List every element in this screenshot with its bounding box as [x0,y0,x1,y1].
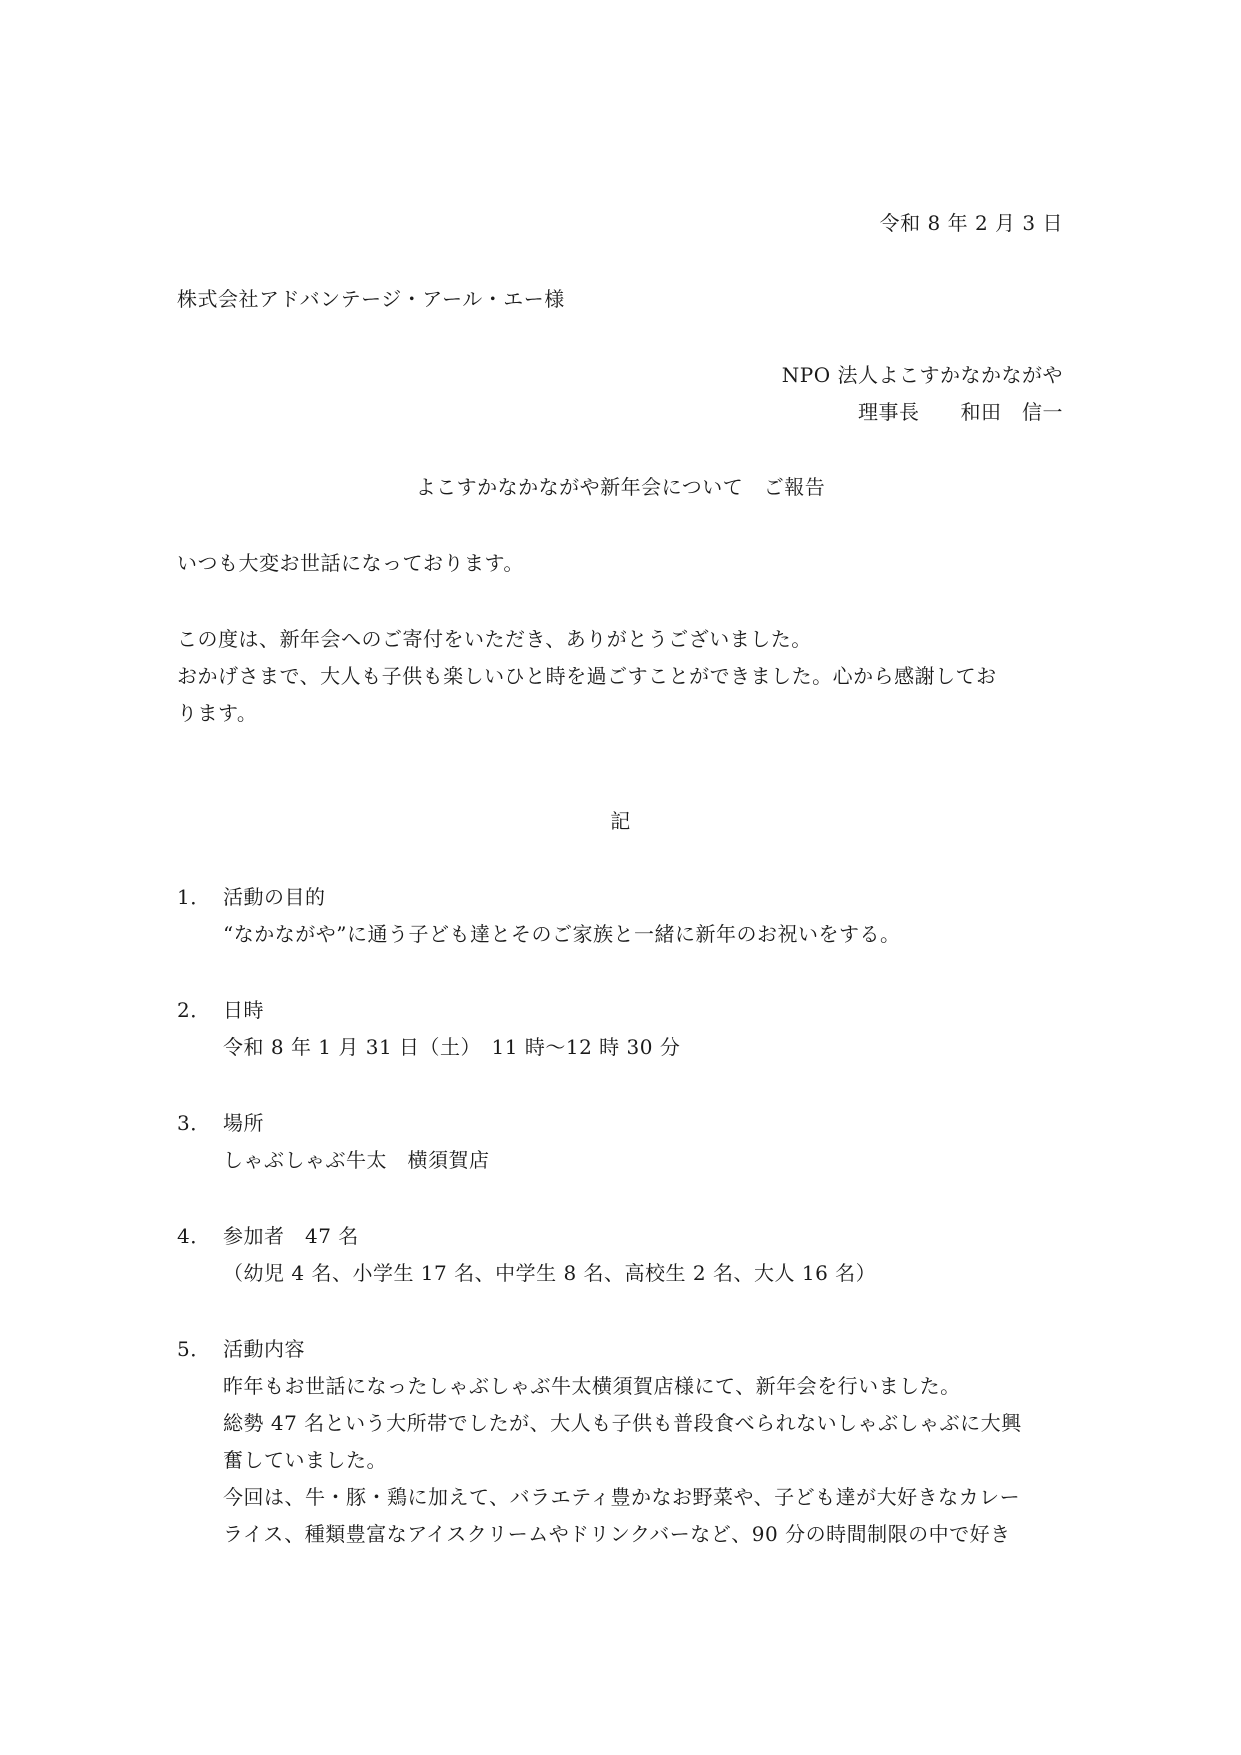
section-line: （幼児 4 名、小学生 17 名、中学生 8 名、高校生 2 名、大人 16 名… [223,1260,876,1286]
section-line: 奮していました。 [223,1447,387,1473]
section-heading-text: 活動内容 [223,1337,305,1361]
section-heading-text: 活動の目的 [223,885,326,909]
section-line: ライス、種類豊富なアイスクリームやドリンクバーなど、90 分の時間制限の中で好き [223,1521,1011,1547]
section-line: しゃぶしゃぶ牛太 横須賀店 [223,1147,490,1173]
body-line: この度は、新年会へのご寄付をいただき、ありがとうございました。 [177,626,812,652]
document-date: 令和 8 年 2 月 3 日 [880,210,1063,236]
body-line: おかげさまで、大人も子供も楽しいひと時を過ごすことができました。心から感謝してお [177,663,997,689]
section-number: 2． [177,997,223,1023]
section-line: 令和 8 年 1 月 31 日（土） 11 時～12 時 30 分 [223,1034,680,1060]
section-line: 今回は、牛・豚・鶏に加えて、バラエティ豊かなお野菜や、子ども達が大好きなカレー [223,1484,1020,1510]
section-heading-text: 日時 [223,998,264,1022]
section-heading-datetime: 2．日時 [177,997,264,1023]
sender-name: 理事長 和田 信一 [858,399,1063,425]
section-heading-purpose: 1．活動の目的 [177,884,326,910]
section-heading-text: 場所 [223,1111,264,1135]
ki-marker: 記 [0,808,1241,834]
section-number: 4． [177,1223,223,1249]
greeting: いつも大変お世話になっております。 [177,550,524,576]
section-heading-text: 参加者 47 名 [223,1224,359,1248]
document-title: よこすかなかながや新年会について ご報告 [0,474,1241,500]
section-number: 3． [177,1110,223,1136]
section-line: 総勢 47 名という大所帯でしたが、大人も子供も普段食べられないしゃぶしゃぶに大… [223,1410,1022,1436]
section-number: 5． [177,1336,223,1362]
section-line: 昨年もお世話になったしゃぶしゃぶ牛太横須賀店様にて、新年会を行いました。 [223,1373,961,1399]
section-heading-activities: 5．活動内容 [177,1336,305,1362]
recipient: 株式会社アドバンテージ・アール・エー様 [177,286,565,312]
section-line: “なかながや”に通う子ども達とそのご家族と一緒に新年のお祝いをする。 [223,921,900,947]
section-number: 1． [177,884,223,910]
body-line: ります。 [177,700,257,726]
sender-organization: NPO 法人よこすかなかながや [782,362,1063,388]
section-heading-participants: 4．参加者 47 名 [177,1223,359,1249]
section-heading-venue: 3．場所 [177,1110,264,1136]
